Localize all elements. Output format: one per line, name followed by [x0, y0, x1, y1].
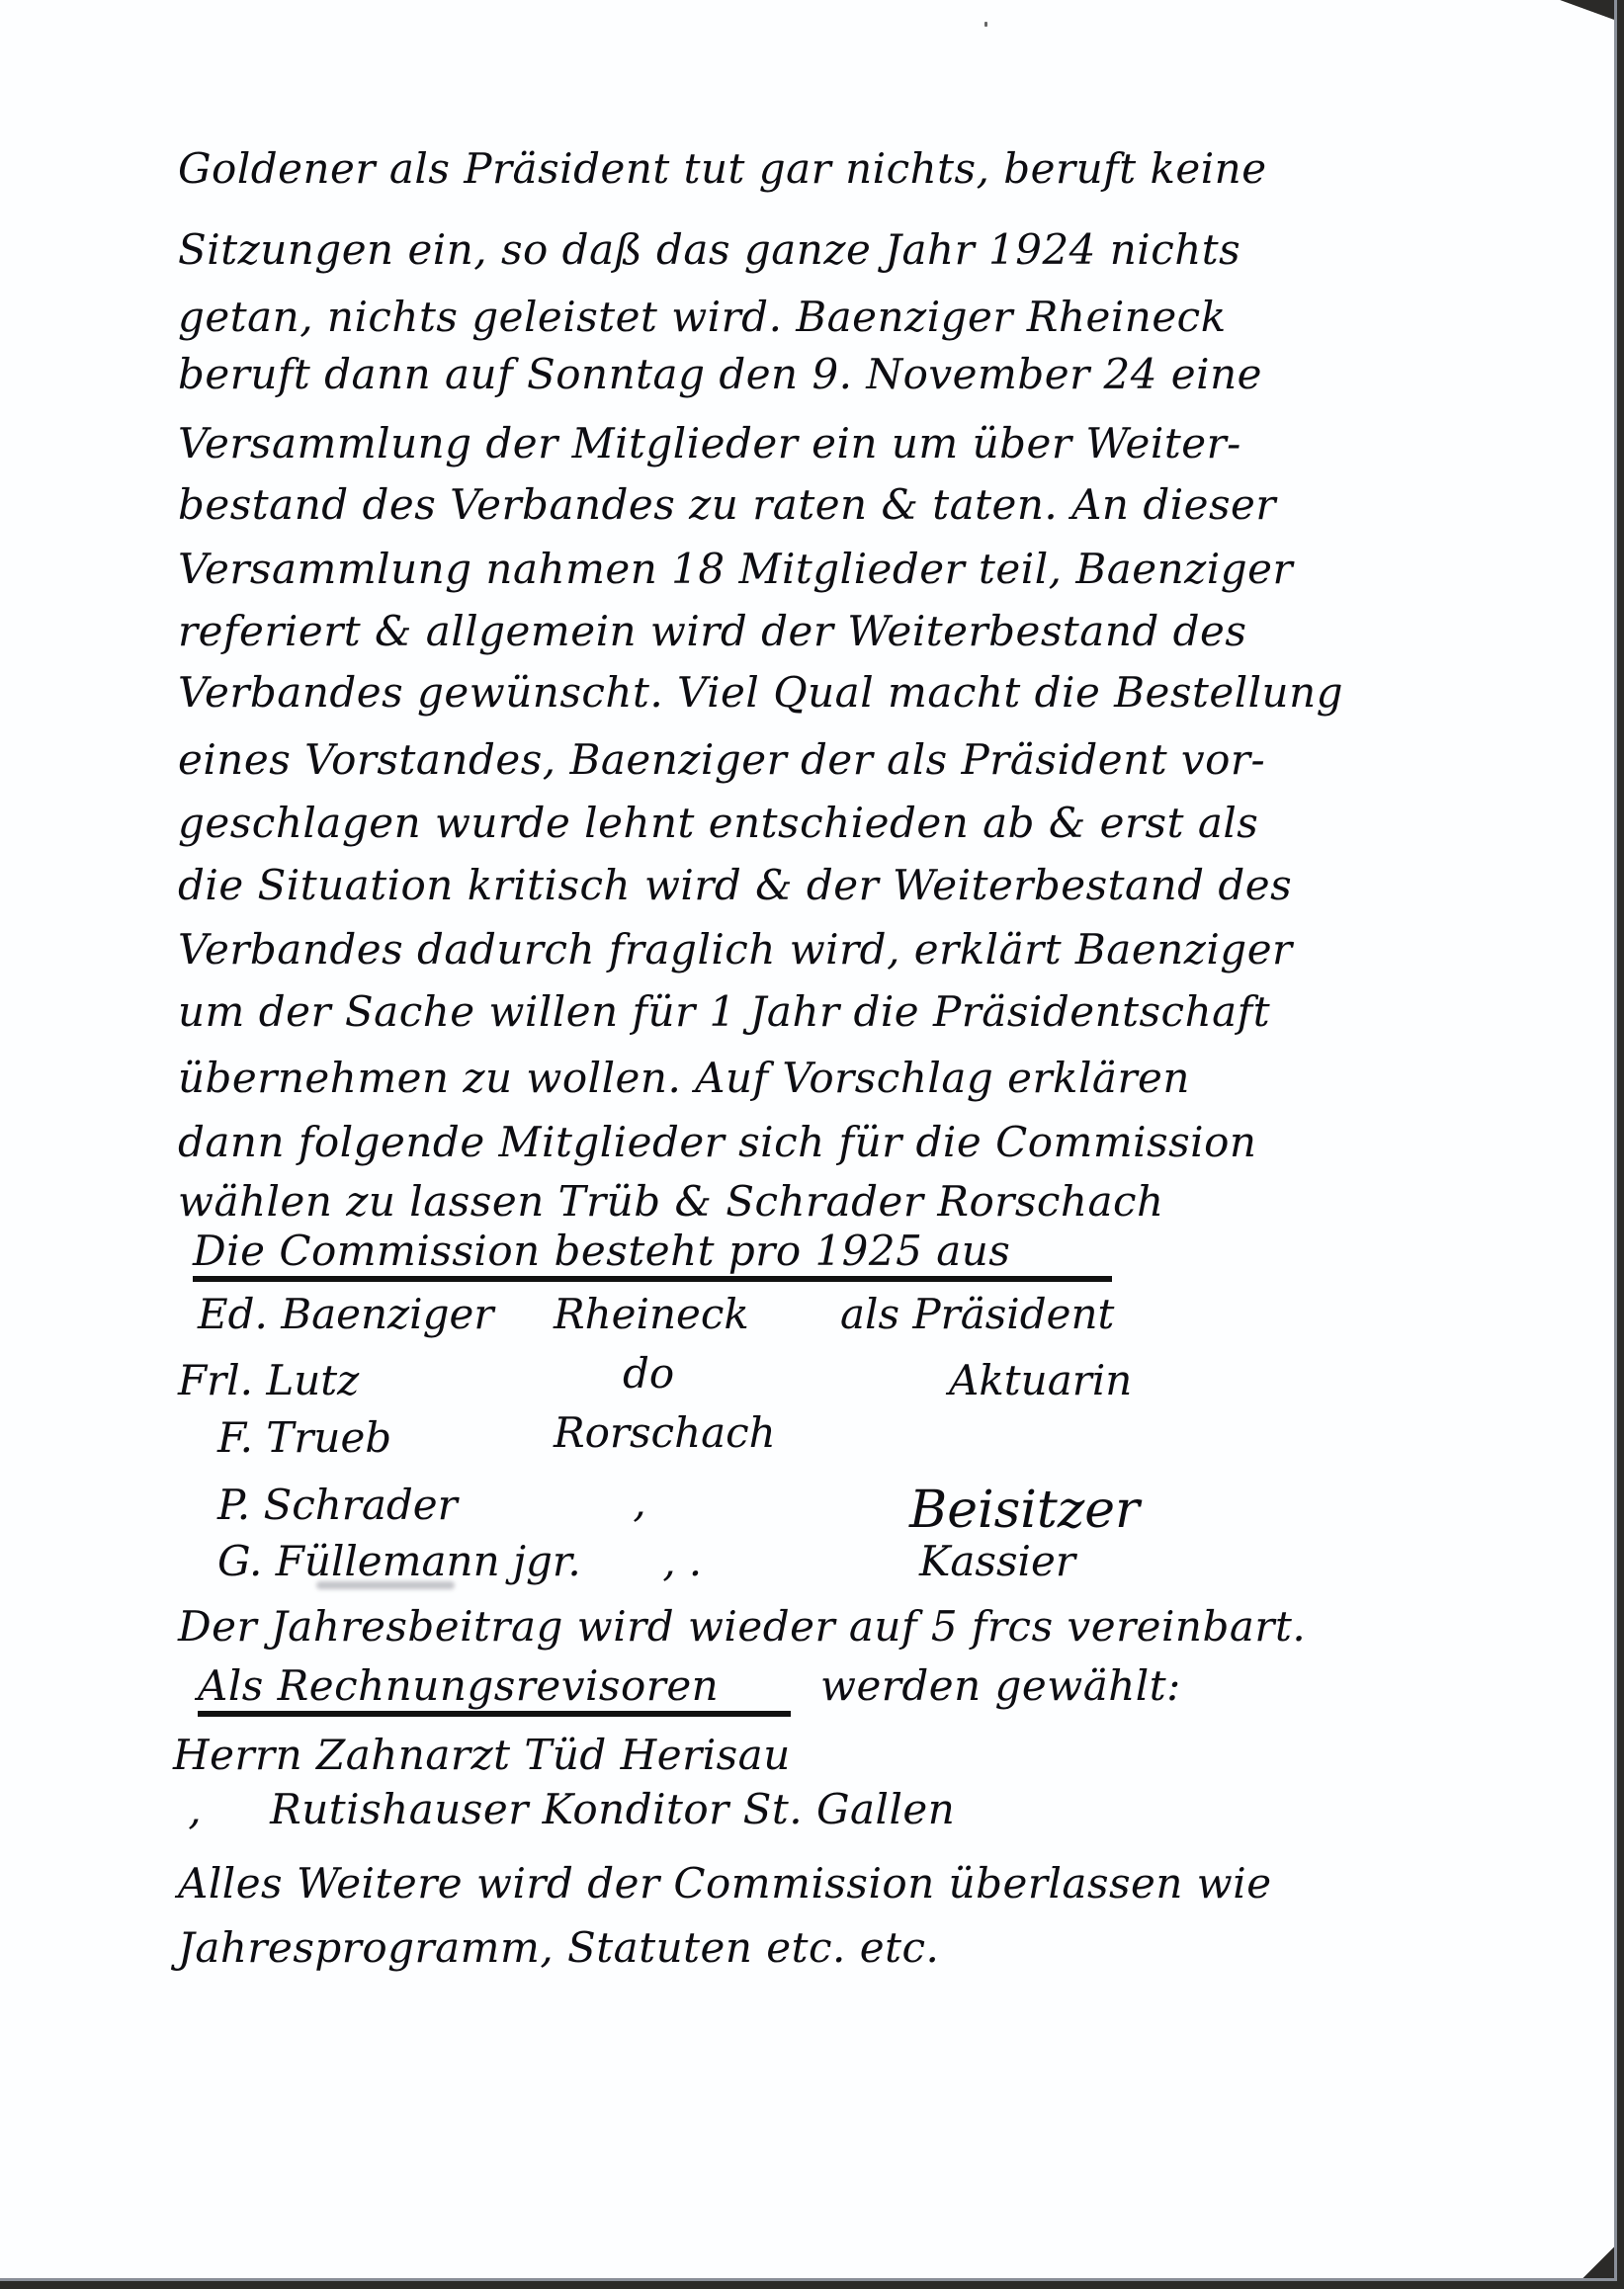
text-line: Versammlung der Mitglieder ein um über W…	[178, 423, 1241, 465]
scanned-page: Goldener als Präsident tut gar nichts, b…	[0, 0, 1617, 2281]
text-line: Sitzungen ein, so daß das ganze Jahr 192…	[178, 229, 1240, 271]
text-line: beruft dann auf Sonntag den 9. November …	[178, 354, 1262, 395]
text-line: wählen zu lassen Trüb & Schrader Rorscha…	[178, 1181, 1164, 1223]
auditor-line: Herrn Zahnarzt Tüd Herisau	[173, 1735, 791, 1776]
commission-heading: Die Commission besteht pro 1925 aus	[193, 1230, 1112, 1282]
text-line: übernehmen zu wollen. Auf Vorschlag erkl…	[178, 1058, 1190, 1099]
member-place: ‚	[633, 1478, 645, 1526]
auditors-heading-rest: werden gewählt:	[820, 1665, 1181, 1707]
ink-smudge	[316, 1581, 455, 1589]
member-place: ‚ .	[662, 1537, 702, 1585]
member-place: Rheineck	[554, 1290, 749, 1338]
member-role: Beisitzer	[909, 1481, 1140, 1540]
text-line: getan, nichts geleistet wird. Baenziger …	[178, 297, 1227, 338]
member-place: do	[623, 1349, 674, 1398]
text-line: die Situation kritisch wird & der Weiter…	[178, 865, 1292, 906]
member-role: Kassier	[919, 1537, 1075, 1585]
text-line: referiert & allgemein wird der Weiterbes…	[178, 611, 1246, 652]
text-line: eines Vorstandes, Baenziger der als Präs…	[178, 739, 1265, 781]
member-name: G. Füllemann jgr.	[217, 1537, 581, 1585]
text-line: dann folgende Mitglieder sich für die Co…	[178, 1122, 1256, 1163]
ink-dot	[984, 22, 987, 27]
dues-line: Der Jahresbeitrag wird wieder auf 5 frcs…	[178, 1606, 1306, 1648]
text-line: Versammlung nahmen 18 Mitglieder teil, B…	[178, 549, 1293, 590]
auditor-line: ‚ Rutishauser Konditor St. Gallen	[188, 1789, 955, 1830]
member-name: Ed. Baenziger	[198, 1290, 493, 1338]
closing-line: Jahresprogramm, Statuten etc. etc.	[178, 1927, 939, 1969]
text-line: um der Sache willen für 1 Jahr die Präsi…	[178, 991, 1270, 1033]
member-name: P. Schrader	[217, 1481, 458, 1529]
member-role: als Präsident	[840, 1290, 1114, 1338]
page-corner-shadow	[1575, 2239, 1614, 2278]
text-line: bestand des Verbandes zu raten & taten. …	[178, 484, 1276, 526]
text-line: geschlagen wurde lehnt entschieden ab & …	[178, 803, 1258, 844]
member-role: Aktuarin	[949, 1356, 1132, 1404]
text-line: Goldener als Präsident tut gar nichts, b…	[178, 148, 1267, 190]
member-name: F. Trueb	[217, 1413, 391, 1462]
text-line: Verbandes dadurch fraglich wird, erklärt…	[178, 929, 1293, 971]
page-corner-shadow	[1555, 0, 1614, 22]
closing-line: Alles Weitere wird der Commission überla…	[178, 1863, 1272, 1905]
member-name: Frl. Lutz	[178, 1356, 359, 1404]
auditors-heading: Als Rechnungsrevisoren	[198, 1665, 791, 1717]
text-line: Verbandes gewünscht. Viel Qual macht die…	[178, 672, 1343, 714]
member-place: Rorschach	[554, 1408, 776, 1457]
